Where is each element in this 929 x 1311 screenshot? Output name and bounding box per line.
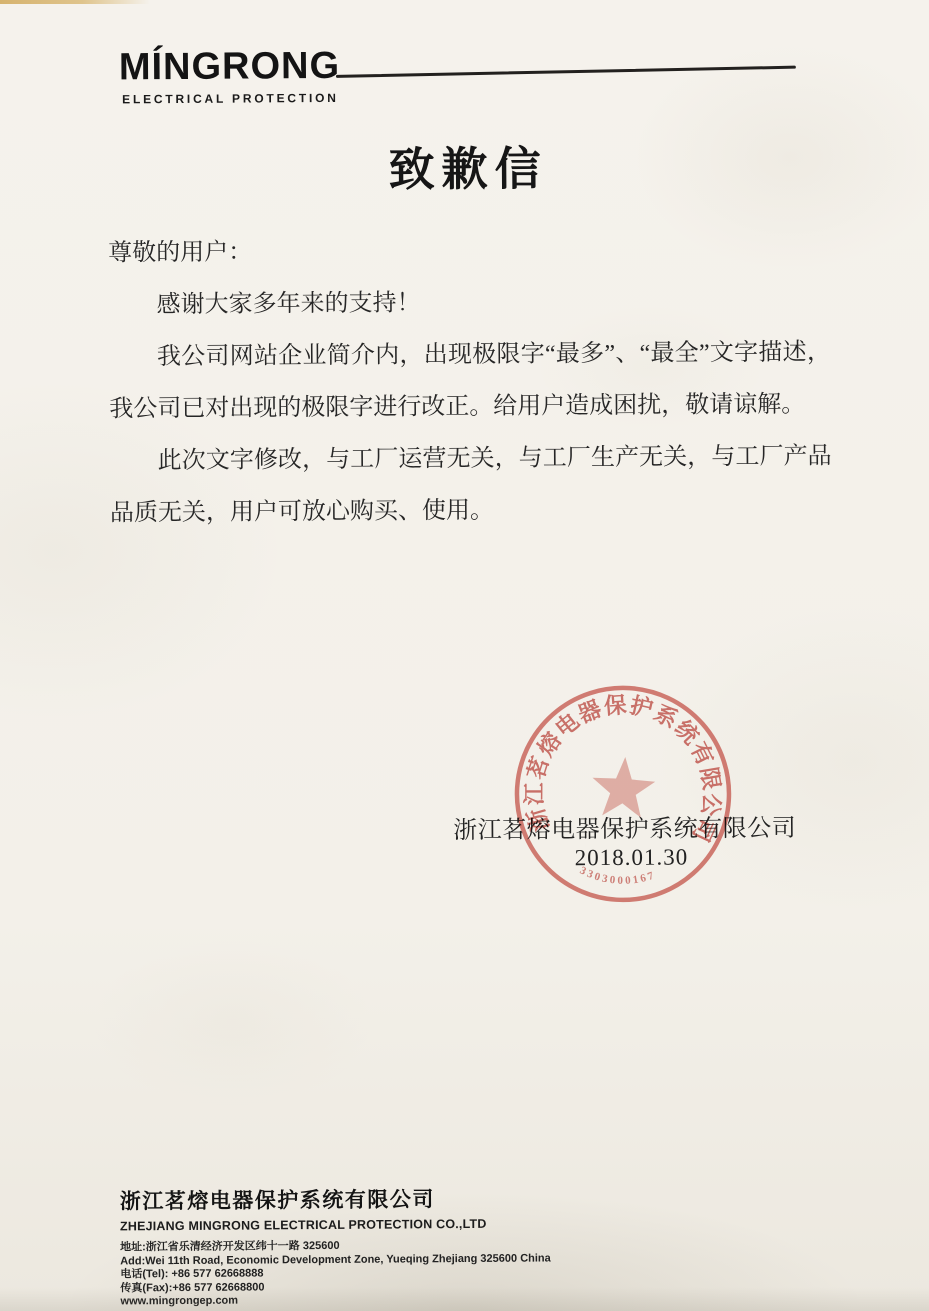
letter-sheet: MÍNGRONG ELECTRICAL PROTECTION 致歉信 尊敬的用户… xyxy=(0,0,929,1311)
letter-title: 致歉信 xyxy=(0,130,926,202)
scanned-letter-page: MÍNGRONG ELECTRICAL PROTECTION 致歉信 尊敬的用户… xyxy=(0,0,929,1311)
seal-code: 3303000167 xyxy=(577,864,658,889)
mingrong-logo: MÍNGRONG xyxy=(119,45,341,90)
paragraph-thanks: 感谢大家多年来的支持！ xyxy=(108,274,830,331)
footer-contact-details: 地址:浙江省乐清经济开发区纬十一路 325600 Add:Wei 11th Ro… xyxy=(120,1238,551,1309)
footer-company-name-cn: 浙江茗熔电器保护系统有限公司 xyxy=(120,1182,551,1215)
logo-tagline: ELECTRICAL PROTECTION xyxy=(122,91,339,107)
company-seal-stamp: 浙江茗熔电器保护系统有限公司 3303000167 xyxy=(504,675,742,913)
salutation: 尊敬的用户： xyxy=(108,222,830,279)
paragraph-assurance: 此次文字修改，与工厂运营无关，与工厂生产无关，与工厂产品品质无关，用户可放心购买… xyxy=(109,430,832,539)
seal-star-icon xyxy=(590,755,656,819)
letter-body: 尊敬的用户： 感谢大家多年来的支持！ 我公司网站企业简介内，出现极限字“最多”、… xyxy=(108,222,832,539)
footer-company-name-en: ZHEJIANG MINGRONG ELECTRICAL PROTECTION … xyxy=(120,1216,551,1233)
paragraph-correction: 我公司网站企业简介内，出现极限字“最多”、“最全”文字描述，我公司已对出现的极限… xyxy=(109,326,832,435)
letterhead-footer: 浙江茗熔电器保护系统有限公司 ZHEJIANG MINGRONG ELECTRI… xyxy=(120,1182,551,1309)
footer-website: www.mingrongep.com xyxy=(120,1292,551,1309)
header-rule-line xyxy=(336,66,796,78)
